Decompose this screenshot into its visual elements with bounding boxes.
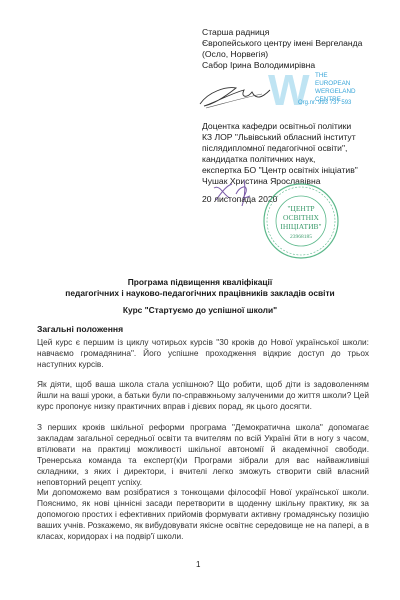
page-number: 1 (196, 560, 200, 569)
signatory1-line: Старша радниця (202, 27, 362, 38)
paragraph: З перших кроків шкільної реформи програм… (37, 422, 369, 488)
signatory-block-1: Старша радниця Європейського центру імен… (202, 27, 362, 71)
stamp-text: ІНІЦІАТИВ" (280, 222, 321, 231)
signatory2-line: кандидатка політичних наук, (202, 154, 358, 165)
official-stamp: "ЦЕНТР ОСВІТНІХ ІНІЦІАТИВ" 23968185 (262, 182, 340, 260)
signature-icon (196, 74, 276, 112)
signatory2-line: Доцентка кафедри освітньої політики (202, 121, 358, 132)
program-title: Програма підвищення кваліфікації педагог… (20, 277, 380, 299)
handwritten-signature-1 (196, 74, 276, 117)
logo-org-number: Org.nr. 993 737 593 (298, 100, 351, 106)
program-title-line1: Програма підвищення кваліфікації (20, 277, 380, 288)
section-heading: Загальні положення (37, 324, 123, 334)
logo-text: THE EUROPEAN (315, 72, 358, 88)
logo-text: WERGELAND (315, 88, 358, 96)
wergeland-centre-logo: W THE EUROPEAN WERGELAND CENTRE Org.nr. … (268, 72, 358, 112)
stamp-text: "ЦЕНТР (287, 204, 314, 213)
paragraph: Як діяти, щоб ваша школа стала успішною?… (37, 379, 369, 412)
signatory2-line: експертка БО "Центр освітніх ініціатив" (202, 165, 358, 176)
stamp-icon: "ЦЕНТР ОСВІТНІХ ІНІЦІАТИВ" 23968185 (262, 182, 340, 260)
program-title-line2: педагогічних і науково-педагогічних прац… (20, 288, 380, 299)
signatory2-line: післядипломної педагогічної освіти", (202, 143, 358, 154)
signatory1-line: (Осло, Норвегія) (202, 49, 362, 60)
stamp-code: 23968185 (290, 234, 312, 240)
course-title: Курс "Стартуємо до успішної школи" (20, 305, 380, 316)
paragraph: Цей курс є першим із циклу чотирьох курс… (37, 337, 369, 370)
signatory1-line: Європейського центру імені Вергеланда (202, 38, 362, 49)
paragraph: Ми допоможемо вам розібратися з тонкощам… (37, 487, 369, 542)
stamp-text: ОСВІТНІХ (283, 213, 320, 222)
signatory2-line: КЗ ЛОР "Львівський обласний інститут (202, 132, 358, 143)
